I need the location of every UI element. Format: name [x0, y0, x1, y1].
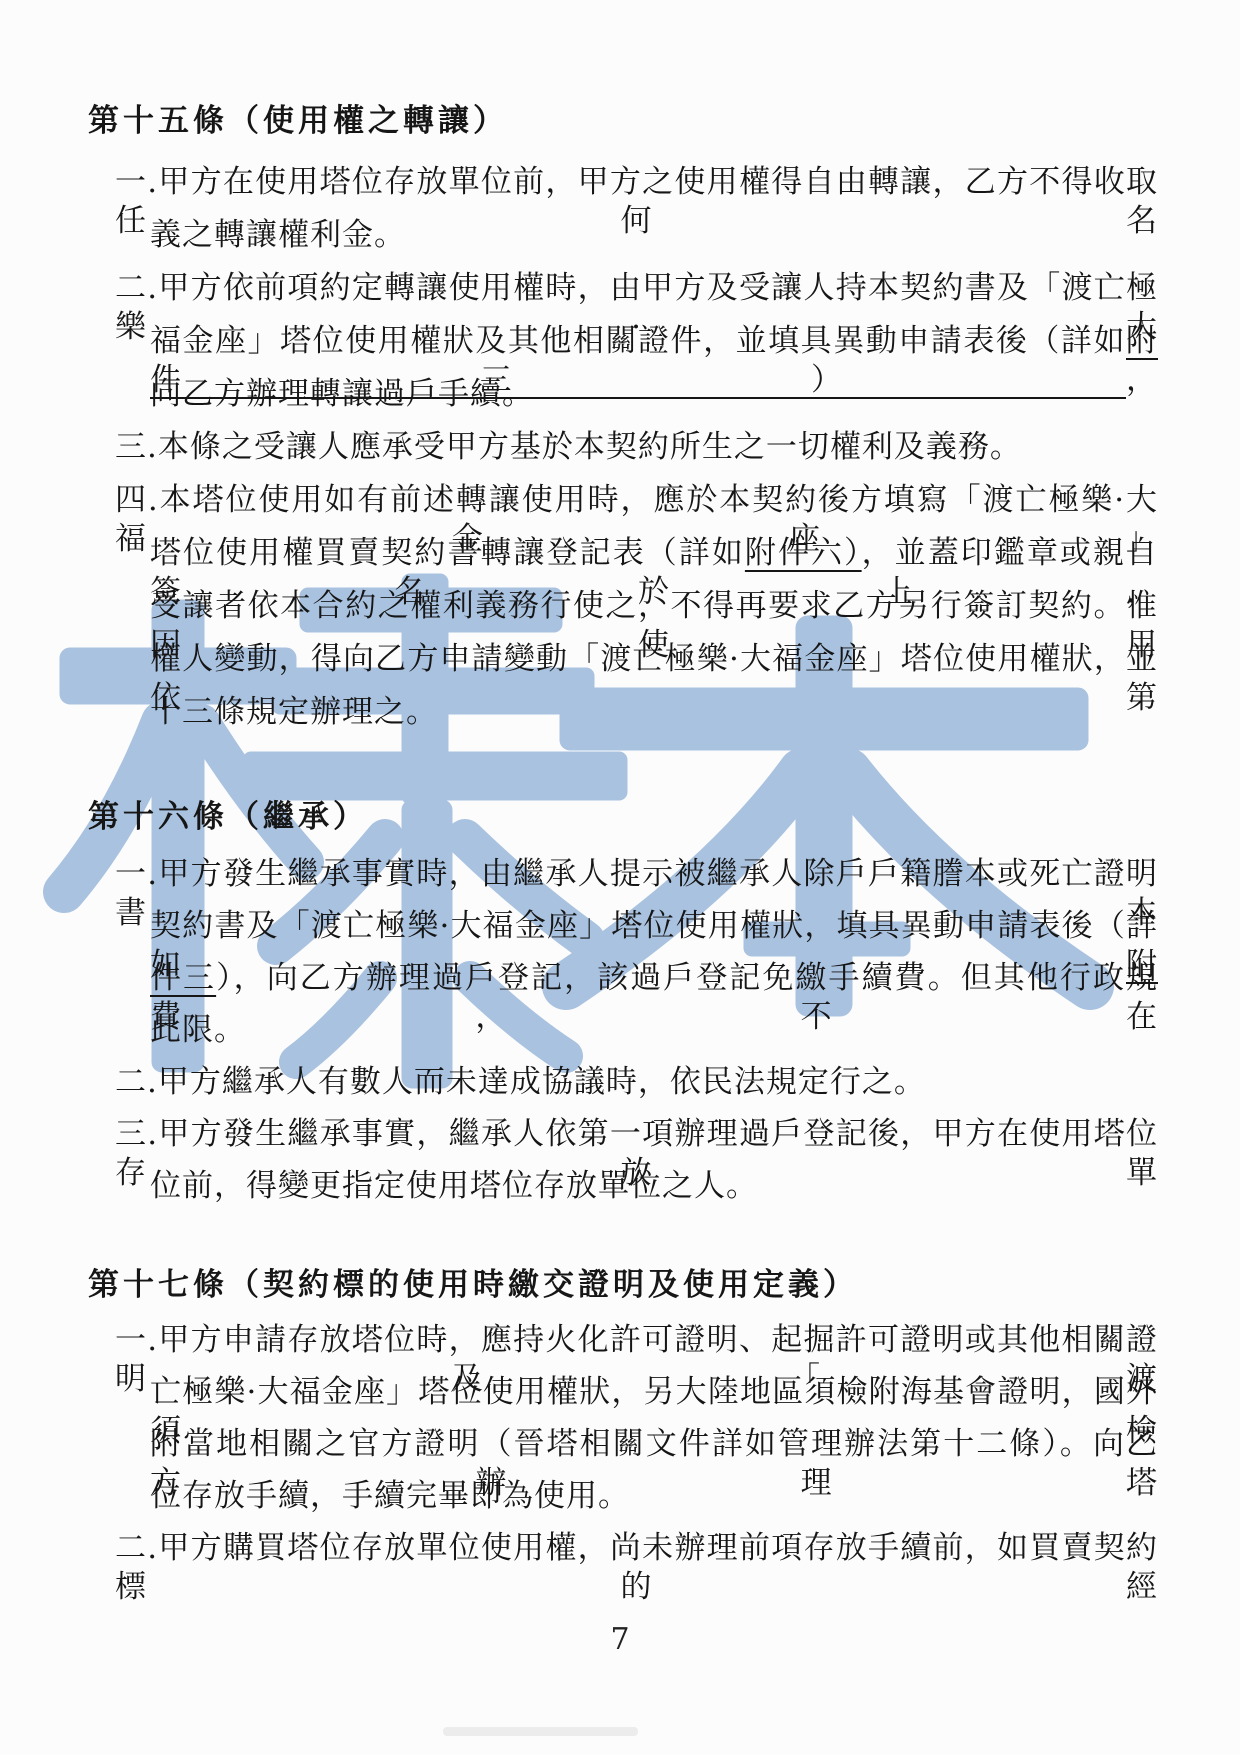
text-line: 位存放手續，手續完畢即為使用。 — [150, 1477, 630, 1516]
text-line: 十三條規定辦理之。 — [150, 693, 438, 732]
article-15-heading: 第十五條（使用權之轉讓） — [88, 102, 508, 141]
scan-artifact — [443, 1727, 638, 1736]
line-text: 此限。 — [150, 1012, 246, 1048]
line-text: ， — [1126, 362, 1158, 398]
line-text: 塔位使用權買賣契約書轉讓登記表（詳如 — [150, 535, 745, 571]
heading-text: 第十七條（契約標的使用時繳交證明及使用定義） — [88, 1267, 858, 1303]
line-text: 義之轉讓權利金。 — [150, 217, 406, 253]
article-17-heading: 第十七條（契約標的使用時繳交證明及使用定義） — [88, 1266, 858, 1305]
attachment-ref-underlined: 附件六） — [745, 535, 862, 571]
text-line: 件三），向乙方辦理過戶登記，該過戶登記免繳手續費。但其他行政規費，不在 — [150, 959, 1158, 1037]
document-page: 第十五條（使用權之轉讓） 一.甲方在使用塔位存放單位前，甲方之使用權得自由轉讓，… — [0, 0, 1240, 1755]
line-text: 向乙方辦理轉讓過戶手續。 — [150, 376, 534, 412]
text-line: 二.甲方購買塔位存放單位使用權，尚未辦理前項存放手續前，如買賣契約標的經 — [115, 1529, 1158, 1607]
text-line: 向乙方辦理轉讓過戶手續。 — [150, 375, 534, 414]
contract-text: 第十五條（使用權之轉讓） 一.甲方在使用塔位存放單位前，甲方之使用權得自由轉讓，… — [0, 0, 1240, 1755]
text-line: 二.甲方繼承人有數人而未達成協議時，依民法規定行之。 — [115, 1063, 926, 1102]
line-text: 福金座」塔位使用權狀及其他相關證件，並填具異動申請表後（詳如 — [150, 323, 1126, 359]
line-text: 二.甲方繼承人有數人而未達成協議時，依民法規定行之。 — [115, 1064, 926, 1100]
page-number: 7 — [0, 1622, 1240, 1657]
text-line: 此限。 — [150, 1011, 246, 1050]
line-text: 位前，得變更指定使用塔位存放單位之人。 — [150, 1168, 758, 1204]
line-text: 二.甲方購買塔位存放單位使用權，尚未辦理前項存放手續前，如買賣契約標的經 — [115, 1530, 1158, 1605]
text-line: 義之轉讓權利金。 — [150, 216, 406, 255]
article-16-heading: 第十六條（繼承） — [88, 798, 368, 837]
heading-text: 第十五條（使用權之轉讓） — [88, 103, 508, 139]
line-text: 位存放手續，手續完畢即為使用。 — [150, 1478, 630, 1514]
text-line: 位前，得變更指定使用塔位存放單位之人。 — [150, 1167, 758, 1206]
line-text: ），向乙方辦理過戶登記，該過戶登記免繳手續費。但其他行政規費，不在 — [150, 960, 1158, 1035]
attachment-ref-underlined: 件三 — [150, 960, 216, 996]
line-text: 三.本條之受讓人應承受甲方基於本契約所生之一切權利及義務。 — [115, 429, 1022, 465]
text-line: 三.本條之受讓人應承受甲方基於本契約所生之一切權利及義務。 — [115, 428, 1022, 467]
heading-text: 第十六條（繼承） — [88, 799, 368, 835]
line-text: 十三條規定辦理之。 — [150, 694, 438, 730]
